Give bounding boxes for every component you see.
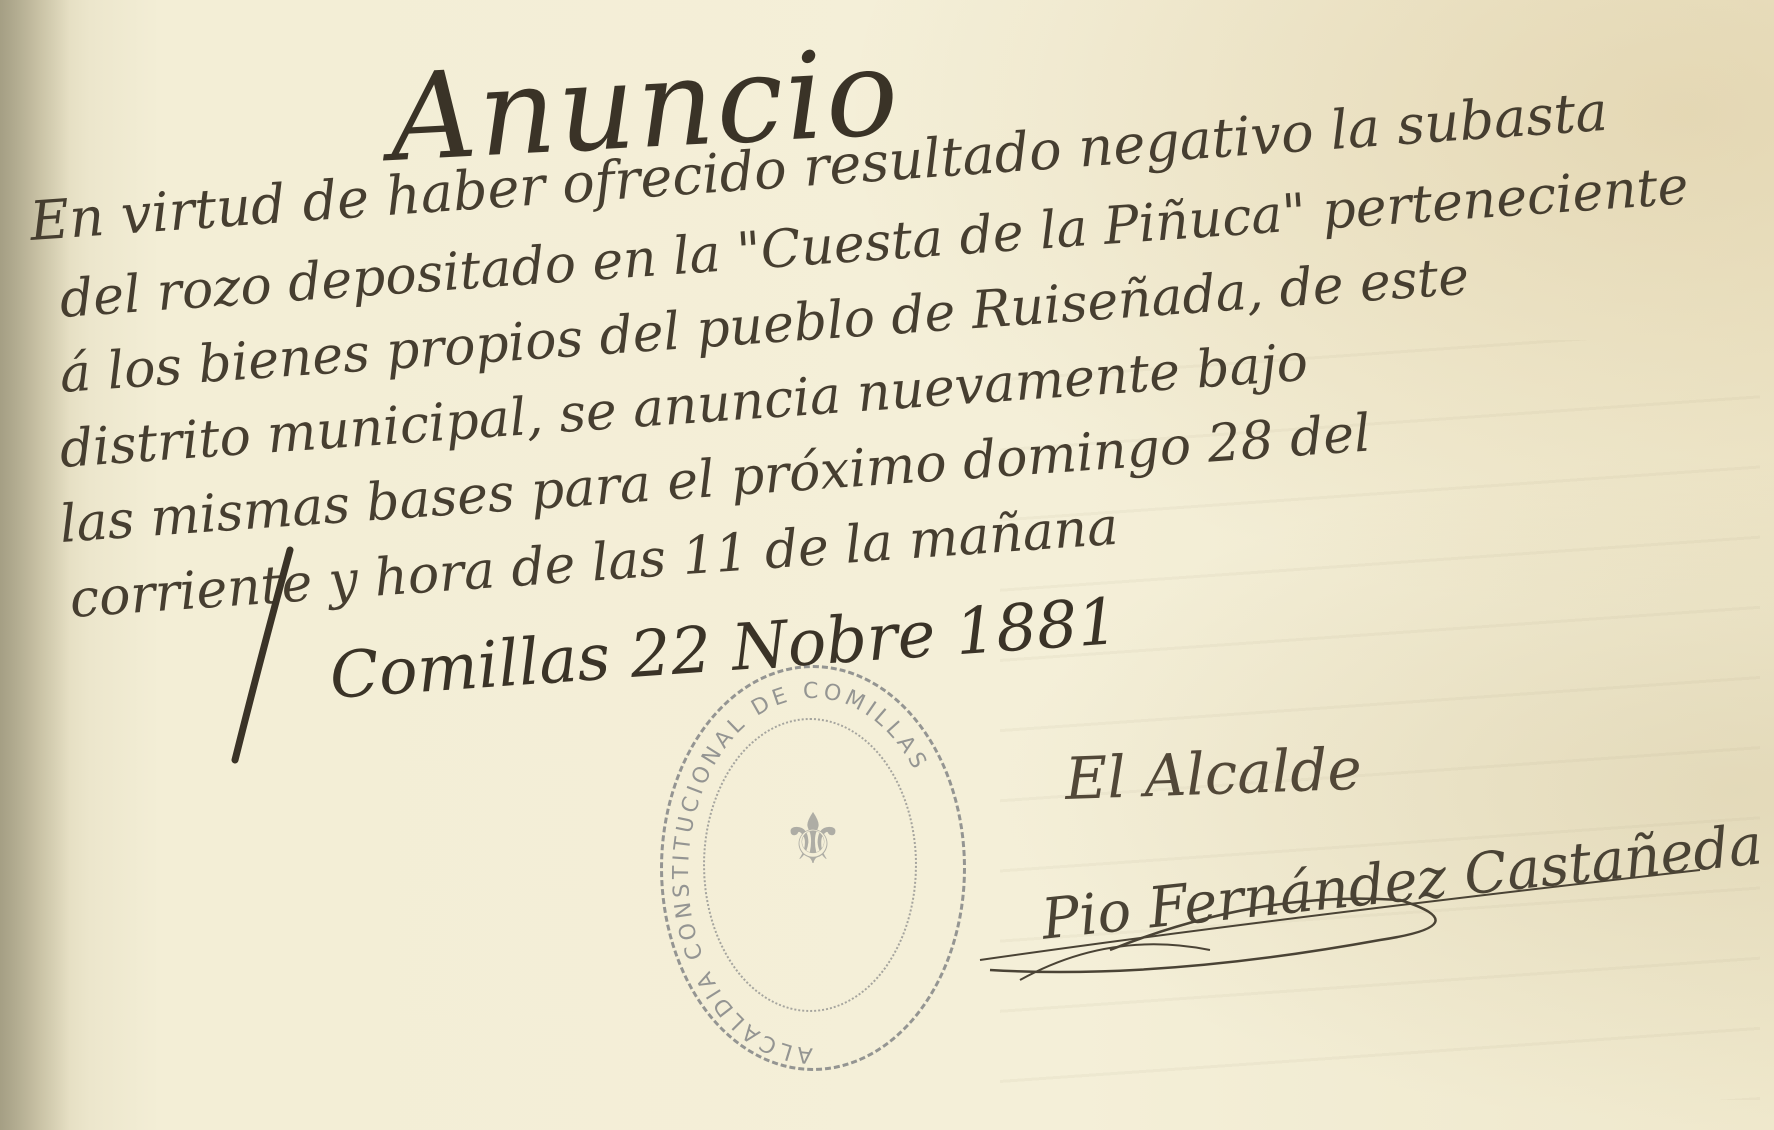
coat-of-arms-icon: ⚜ — [773, 798, 853, 918]
municipal-seal: ALCALDIA CONSTITUCIONAL DE COMILLAS ⚜ — [660, 665, 966, 1071]
binding-gutter-shadow — [0, 0, 70, 1130]
signature-text: Pio Fernández Castañeda — [1039, 812, 1766, 952]
paper-page: Anuncio En virtud de haber ofrecido resu… — [0, 0, 1774, 1130]
mayor-signature: Pio Fernández Castañeda — [960, 830, 1710, 990]
signatory-title: El Alcalde — [1064, 735, 1363, 813]
